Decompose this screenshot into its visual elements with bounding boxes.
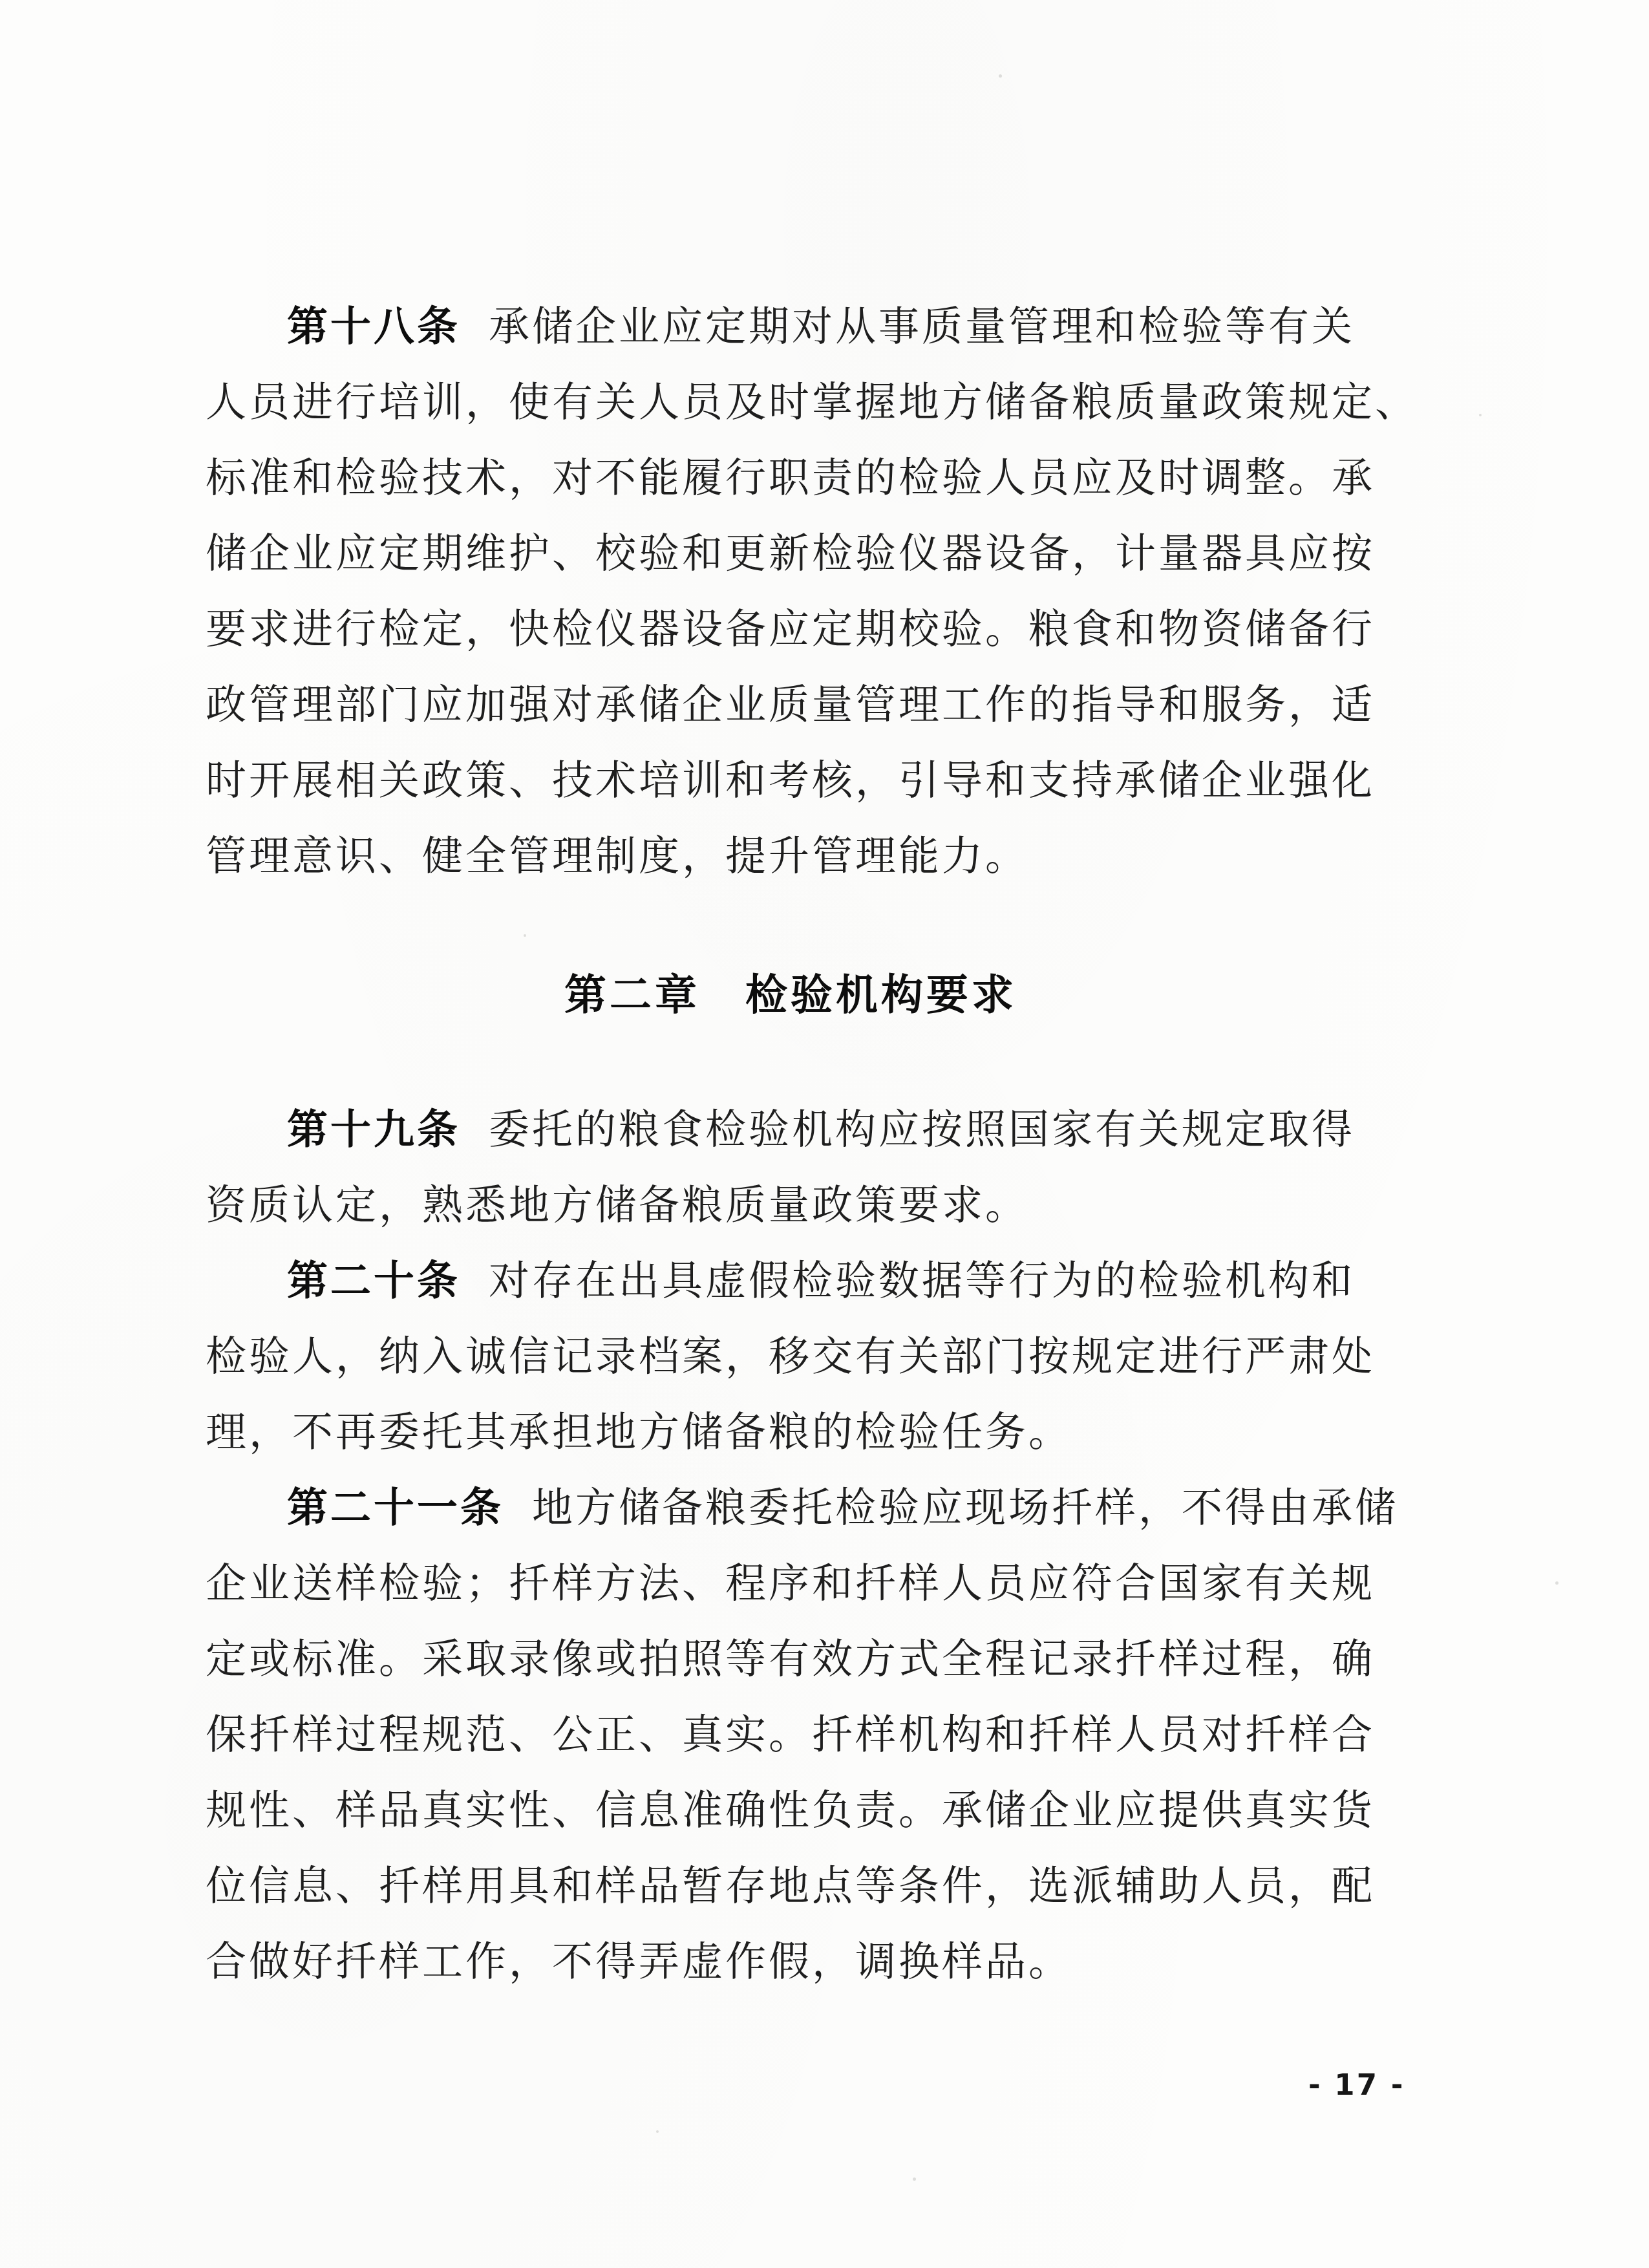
scan-speckle (1479, 414, 1482, 416)
body-text-column: 第十八条承储企业应定期对从事质量管理和检验等有关 人员进行培训，使有关人员及时掌… (206, 288, 1376, 1999)
body-line: 标准和检验技术，对不能履行职责的检验人员应及时调整。承 (206, 440, 1376, 515)
article-text: 承储企业应定期对从事质量管理和检验等有关 (489, 303, 1355, 350)
article-number: 第十九条 (287, 1106, 460, 1153)
body-line: 位信息、扦样用具和样品暂存地点等条件，选派辅助人员，配 (206, 1848, 1376, 1923)
body-line: 第二十一条地方储备粮委托检验应现场扦样，不得由承储 (206, 1470, 1376, 1545)
body-line: 时开展相关政策、技术培训和考核，引导和支持承储企业强化 (206, 742, 1376, 818)
body-line: 第十八条承储企业应定期对从事质量管理和检验等有关 (206, 288, 1376, 364)
body-line: 规性、样品真实性、信息准确性负责。承储企业应提供真实货 (206, 1772, 1376, 1848)
article-text: 定或标准。采取录像或拍照等有效方式全程记录扦样过程，确 (206, 1635, 1375, 1682)
body-line: 储企业应定期维护、校验和更新检验仪器设备，计量器具应按 (206, 515, 1376, 591)
article-text: 政管理部门应加强对承储企业质量管理工作的指导和服务，适 (206, 681, 1375, 728)
body-line: 第二十条对存在出具虚假检验数据等行为的检验机构和 (206, 1243, 1376, 1318)
page-number: - 17 - (1308, 2068, 1405, 2102)
body-line: 管理意识、健全管理制度，提升管理能力。 (206, 818, 1376, 893)
article-text: 合做好扦样工作，不得弄虚作假，调换样品。 (206, 1938, 1072, 1985)
chapter-heading: 第二章 检验机构要求 (206, 957, 1376, 1033)
scan-speckle (999, 74, 1002, 78)
article-text: 理，不再委托其承担地方储备粮的检验任务。 (206, 1408, 1072, 1455)
body-line: 检验人，纳入诚信记录档案，移交有关部门按规定进行严肃处 (206, 1318, 1376, 1394)
scan-speckle (913, 2177, 916, 2181)
article-text: 规性、样品真实性、信息准确性负责。承储企业应提供真实货 (206, 1786, 1375, 1834)
body-line: 要求进行检定，快检仪器设备应定期校验。粮食和物资储备行 (206, 591, 1376, 667)
body-line: 企业送样检验；扦样方法、程序和扦样人员应符合国家有关规 (206, 1545, 1376, 1621)
article-text: 检验人，纳入诚信记录档案，移交有关部门按规定进行严肃处 (206, 1332, 1375, 1380)
article-text: 企业送样检验；扦样方法、程序和扦样人员应符合国家有关规 (206, 1559, 1375, 1607)
scan-speckle (1555, 1581, 1559, 1585)
article-text: 储企业应定期维护、校验和更新检验仪器设备，计量器具应按 (206, 530, 1375, 577)
article-number: 第二十一条 (287, 1484, 504, 1531)
article-number: 第二十条 (287, 1257, 460, 1304)
body-line: 合做好扦样工作，不得弄虚作假，调换样品。 (206, 1923, 1376, 1999)
article-text: 位信息、扦样用具和样品暂存地点等条件，选派辅助人员，配 (206, 1862, 1375, 1909)
body-line: 理，不再委托其承担地方储备粮的检验任务。 (206, 1394, 1376, 1470)
body-line: 人员进行培训，使有关人员及时掌握地方储备粮质量政策规定、 (206, 364, 1376, 440)
article-text: 时开展相关政策、技术培训和考核，引导和支持承储企业强化 (206, 756, 1375, 804)
article-text: 对存在出具虚假检验数据等行为的检验机构和 (489, 1257, 1355, 1304)
article-text: 保扦样过程规范、公正、真实。扦样机构和扦样人员对扦样合 (206, 1711, 1375, 1758)
article-number: 第十八条 (287, 303, 460, 350)
article-text: 人员进行培训，使有关人员及时掌握地方储备粮质量政策规定、 (206, 378, 1418, 425)
scan-speckle (656, 2130, 659, 2133)
article-text: 资质认定，熟悉地方储备粮质量政策要求。 (206, 1181, 1028, 1228)
body-line: 定或标准。采取录像或拍照等有效方式全程记录扦样过程，确 (206, 1621, 1376, 1696)
document-page: 第十八条承储企业应定期对从事质量管理和检验等有关 人员进行培训，使有关人员及时掌… (0, 0, 1649, 2268)
body-line: 政管理部门应加强对承储企业质量管理工作的指导和服务，适 (206, 667, 1376, 742)
article-text: 地方储备粮委托检验应现场扦样，不得由承储 (532, 1484, 1398, 1531)
article-text: 管理意识、健全管理制度，提升管理能力。 (206, 832, 1028, 879)
body-line: 资质认定，熟悉地方储备粮质量政策要求。 (206, 1167, 1376, 1243)
body-line: 保扦样过程规范、公正、真实。扦样机构和扦样人员对扦样合 (206, 1696, 1376, 1772)
article-text: 要求进行检定，快检仪器设备应定期校验。粮食和物资储备行 (206, 605, 1375, 652)
body-line: 第十九条委托的粮食检验机构应按照国家有关规定取得 (206, 1091, 1376, 1167)
article-text: 委托的粮食检验机构应按照国家有关规定取得 (489, 1106, 1355, 1153)
article-text: 标准和检验技术，对不能履行职责的检验人员应及时调整。承 (206, 454, 1375, 501)
